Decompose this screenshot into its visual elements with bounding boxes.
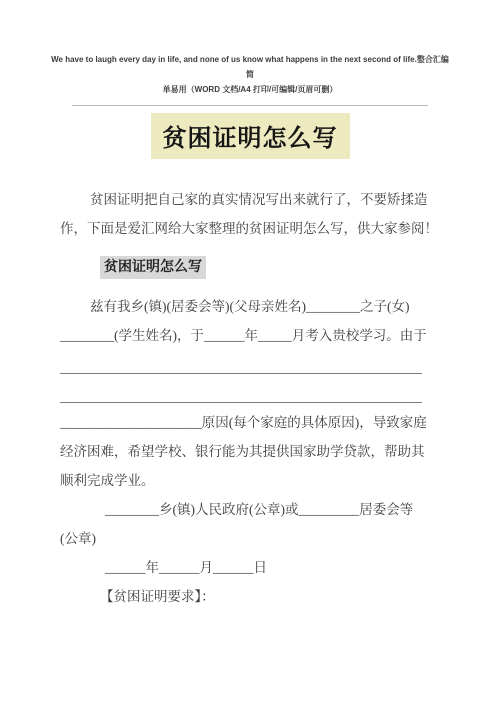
intro-paragraph: 贫困证明把自己家的真实情况写出来就行了，不要矫揉造 作，下面是爱汇网给大家整理的…	[60, 185, 440, 243]
form-line-3: _____________________原因(每个家庭的具体原因)，导致家庭	[60, 408, 440, 437]
seal-line-1: ________乡(镇)人民政府(公章)或_________居委会等	[60, 495, 440, 524]
form-line-2: ________(学生姓名)，于______年_____月考入贵校学习。由于	[60, 321, 440, 350]
document-body: 贫困证明把自己家的真实情况写出来就行了，不要矫揉造 作，下面是爱汇网给大家整理的…	[60, 185, 440, 611]
date-line: ______年______月______日	[60, 553, 440, 582]
document-page: We have to laugh every day in life, and …	[0, 0, 500, 708]
certificate-template: 兹有我乡(镇)(居委会等)(父母亲姓名)________之子(女) ______…	[60, 292, 440, 611]
intro-line-1: 贫困证明把自己家的真实情况写出来就行了，不要矫揉造	[60, 185, 440, 214]
blank-line-1	[60, 350, 440, 379]
header-note-line2: 单易用（WORD 文档/A4 打印/可编辑/页眉可删）	[48, 82, 452, 97]
header-divider	[72, 105, 428, 106]
requirements-heading: 【贫困证明要求】：	[60, 582, 440, 611]
section-heading: 贫困证明怎么写	[100, 256, 206, 279]
header-note: We have to laugh every day in life, and …	[48, 0, 452, 97]
header-note-line1: We have to laugh every day in life, and …	[48, 52, 452, 82]
document-title: 贫困证明怎么写	[151, 113, 350, 159]
form-line-1: 兹有我乡(镇)(居委会等)(父母亲姓名)________之子(女)	[60, 292, 440, 321]
blank-line-2	[60, 379, 440, 408]
section-heading-wrap: 贫困证明怎么写	[100, 252, 440, 281]
title-wrap: 贫困证明怎么写	[0, 113, 500, 159]
seal-line-2: (公章)	[60, 524, 440, 553]
form-line-4: 经济困难，希望学校、银行能为其提供国家助学贷款，帮助其	[60, 437, 440, 466]
form-line-5: 顺利完成学业。	[60, 466, 440, 495]
intro-line-2: 作，下面是爱汇网给大家整理的贫困证明怎么写，供大家参阅！	[60, 214, 440, 243]
